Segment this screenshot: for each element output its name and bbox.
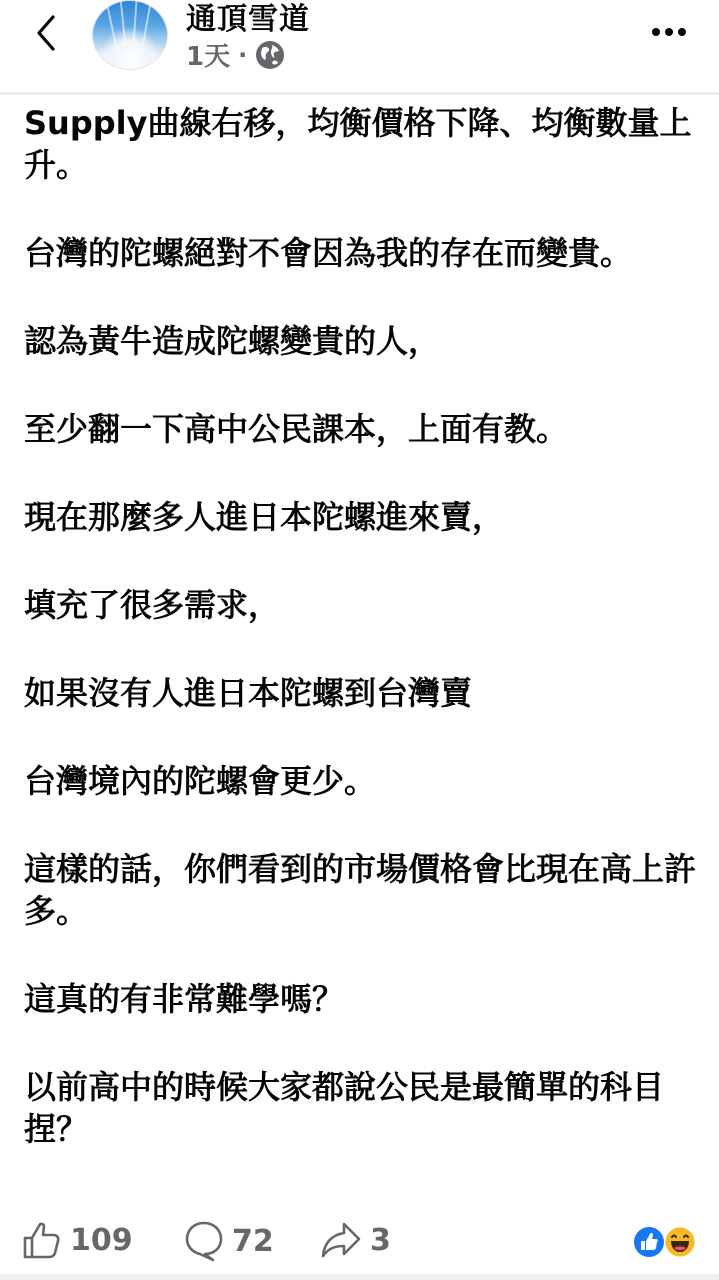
like-count: 109 — [70, 1223, 133, 1258]
post-meta: 1天 · — [186, 36, 285, 73]
post-paragraph: 認為黃牛造成陀螺變貴的人， — [24, 320, 704, 362]
post-paragraph: 這真的有非常難學嗎？ — [24, 978, 704, 1020]
post-paragraph: 以前高中的時候大家都說公民是最簡單的科目捏？ — [24, 1066, 704, 1150]
comment-button[interactable]: 72 — [184, 1220, 274, 1262]
haha-reaction-icon — [663, 1225, 697, 1259]
share-button[interactable]: 3 — [320, 1220, 391, 1260]
share-arrow-icon — [320, 1220, 362, 1260]
post-actions-bar: 109 72 3 — [0, 1212, 719, 1270]
post-header: 通頂雪道 1天 · — [0, 0, 719, 95]
post-paragraph: 台灣境內的陀螺會更少。 — [24, 760, 704, 802]
footer-divider — [0, 1274, 719, 1280]
comment-count: 72 — [232, 1224, 274, 1259]
post-body: Supply曲線右移，均衡價格下降、均衡數量上升。 台灣的陀螺絕對不會因為我的存… — [24, 102, 704, 1196]
share-count: 3 — [370, 1223, 391, 1258]
chevron-left-icon — [33, 13, 59, 53]
comment-bubble-icon — [184, 1220, 224, 1262]
post-paragraph: Supply曲線右移，均衡價格下降、均衡數量上升。 — [24, 102, 704, 186]
post-paragraph: 台灣的陀螺絕對不會因為我的存在而變貴。 — [24, 232, 704, 274]
author-name[interactable]: 通頂雪道 — [186, 0, 310, 38]
more-options-button[interactable] — [648, 20, 690, 44]
post-paragraph: 填充了很多需求， — [24, 584, 704, 626]
post-paragraph: 如果沒有人進日本陀螺到台灣賣 — [24, 672, 704, 714]
thumbs-up-icon — [22, 1220, 62, 1260]
globe-icon — [255, 40, 285, 70]
like-button[interactable]: 109 — [22, 1220, 133, 1260]
post-paragraph: 這樣的話，你們看到的市場價格會比現在高上許多。 — [24, 848, 704, 932]
meta-separator: · — [238, 41, 247, 69]
post-paragraph: 現在那麼多人進日本陀螺進來賣， — [24, 496, 704, 538]
more-horizontal-icon-dot — [652, 28, 660, 36]
post-paragraph: 至少翻一下高中公民課本，上面有教。 — [24, 408, 704, 450]
like-reaction-icon — [633, 1226, 665, 1258]
reactions-summary[interactable] — [633, 1226, 699, 1258]
post-time[interactable]: 1天 — [186, 36, 230, 73]
more-horizontal-icon-dot — [678, 28, 686, 36]
back-button[interactable] — [28, 10, 64, 56]
author-avatar[interactable] — [92, 0, 168, 70]
more-horizontal-icon-dot — [665, 28, 673, 36]
